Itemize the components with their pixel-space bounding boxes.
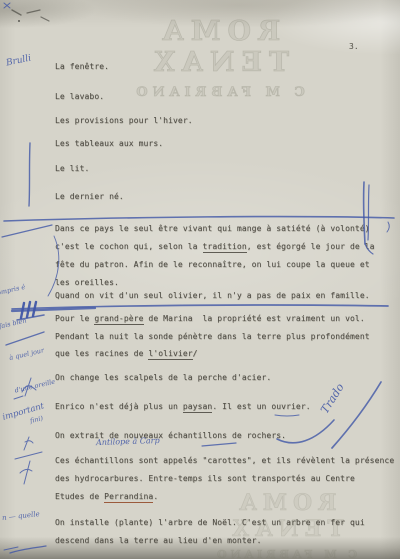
watermark-text: C M FABRIANO [172, 548, 398, 559]
corner-pencil-mark-1 [12, 10, 21, 15]
bottom-left-diagonal-1 [10, 546, 46, 553]
typed-line-sonde-l2: que les racines de l'olivier/ [55, 349, 198, 359]
typed-line-tableaux: Les tableaux aux murs. [55, 139, 163, 149]
typed-line-provisions: Les provisions pour l'hiver. [55, 116, 193, 126]
typed-line-fenetre: La fenêtre. [55, 62, 109, 72]
handwritten-note-bottom-left: n — quelle [2, 510, 40, 522]
margin-note-line: d'une oreille [14, 372, 78, 397]
handwritten-note-interline: Antilope à Carp [96, 436, 160, 447]
typed-paragraph-cochon-l1: Dans ce pays le seul être vivant qui man… [55, 224, 370, 234]
handwritten-note-top-left: Brulli [5, 53, 32, 68]
right-margin-tick [387, 222, 389, 232]
left-margin-vertical-stroke [29, 143, 30, 206]
typed-line-enrico: Enrico n'est déjà plus un paysan. Il est… [55, 402, 311, 412]
watermark-text: ROMA TENAX [86, 16, 350, 78]
typed-paragraph-cochon-l3: fête du patron. Afin de le reconnaître, … [55, 260, 370, 270]
handwritten-note-diagonal: Trado [318, 381, 346, 416]
typed-paragraph-carottes-l3: Etudes de Perrandina. [55, 492, 158, 502]
typed-line-lit: Le lit. [55, 164, 89, 174]
paper-watermark-top: ROMA TENAX C M FABRIANO [86, 16, 350, 100]
horizontal-rule-2 [12, 305, 388, 309]
corner-cross-mark [4, 3, 10, 8]
watermark-text: ROMA TENAX [172, 490, 398, 542]
underlined-word-paysan: paysan [183, 402, 213, 413]
typed-paragraph-carottes-l2: des hydrocarbures. Entre-temps ils sont … [55, 474, 355, 484]
typed-line-dernier-ne: Le dernier né. [55, 192, 124, 202]
underlined-word-grand-pere: grand-père [94, 314, 143, 325]
typed-line-lavabo: Le lavabo. [55, 92, 104, 102]
text-segment: c'est le cochon qui, selon la [55, 242, 203, 251]
text-segment: , est égorgé le jour de la [247, 242, 375, 251]
margin-note-line: compris é [0, 275, 55, 300]
margin-diagonal-dash [15, 452, 42, 459]
right-margin-vertical-stroke-1 [364, 182, 365, 244]
typed-paragraph-cochon-l4: les oreilles. [55, 278, 119, 288]
bottom-left-diagonal-2 [4, 547, 18, 550]
corner-pencil-mark-2 [27, 10, 40, 13]
underlined-word-perrandina: Perrandina [104, 492, 153, 503]
interline-dash [202, 443, 236, 446]
margin-squiggle-3 [20, 461, 32, 484]
page-number: 3. [349, 42, 359, 51]
horizontal-rule-1 [4, 217, 394, 221]
typed-paragraph-carottes-l1: Ces échantillons sont appelés "carottes"… [55, 456, 394, 466]
corner-pencil-dot [18, 20, 20, 22]
margin-note-line: (? [0, 243, 48, 267]
text-segment: . Il est un ouvrier. [212, 402, 310, 411]
typed-line-marina: Pour le grand-père de Marina la propriét… [55, 314, 365, 324]
typed-line-sonde-l1: Pendant la nuit la sonde pénètre dans la… [55, 332, 370, 342]
ouvrier-blue-underline [275, 415, 299, 416]
typed-line-noel-l1: On installe (plante) l'arbre de Noël. C'… [55, 518, 365, 528]
typed-line-scalpels: On change les scalpels de la perche d'ac… [55, 373, 271, 383]
typed-paragraph-cochon-l2: c'est le cochon qui, selon la tradition,… [55, 242, 375, 252]
text-segment: . [153, 492, 158, 501]
underlined-word-olivier: l'olivier [148, 349, 192, 360]
corner-pencil-mark-3 [41, 17, 49, 21]
text-segment: de Marina la propriété est vraiment un v… [144, 314, 365, 323]
scanned-manuscript-page: ROMA TENAX C M FABRIANO ROMA TENAX C M F… [0, 0, 400, 559]
margin-note-line: fais bien [0, 307, 63, 332]
underlined-word-tradition: tradition [203, 242, 247, 253]
margin-note-line: à quel jour [8, 340, 70, 364]
text-segment: / [193, 349, 198, 358]
typed-line-olivier-paix: Quand on vit d'un seul olivier, il n'y a… [55, 291, 370, 301]
typed-line-noel-l2: descend dans la terre au lieu d'en monte… [55, 536, 262, 546]
watermark-text: C M FABRIANO [86, 85, 350, 100]
text-segment: Etudes de [55, 492, 104, 501]
